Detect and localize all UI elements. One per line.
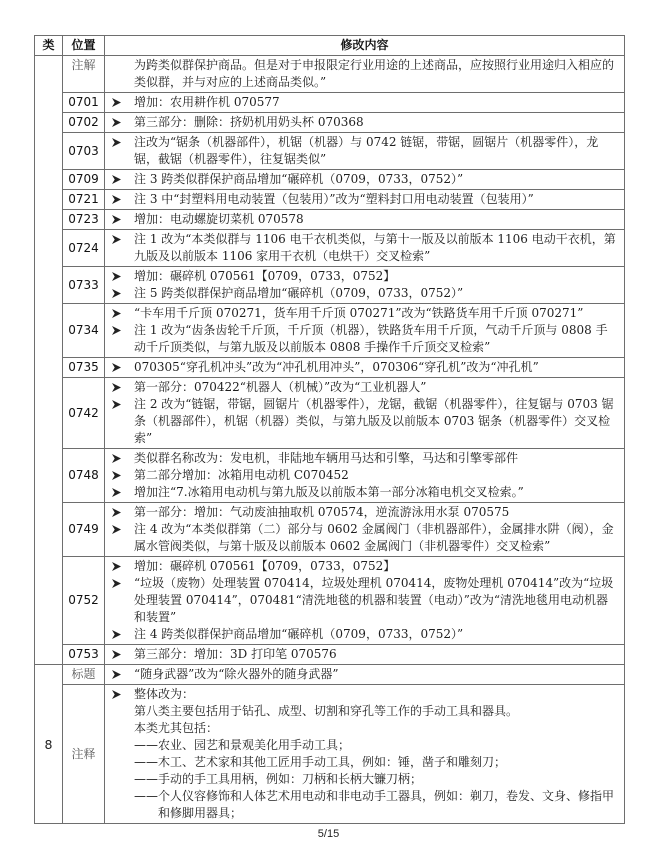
arrowhead-bullet-icon <box>105 359 134 376</box>
arrowhead-bullet-icon <box>105 396 134 413</box>
arrowhead-bullet-icon <box>105 211 134 228</box>
list-item: 注 4 改为“本类似群第（二）部分与 0602 金属阀门（非机器部件），金属排水… <box>105 521 618 555</box>
position-cell: 0701 <box>63 93 105 113</box>
item-text: 第三部分：删除：挤奶机用奶头杯 070368 <box>134 114 618 131</box>
class-cell-7 <box>35 56 63 665</box>
item-text: 注 1 改为“本类似群与 1106 电干衣机类似，与第十一版及以前版本 1106… <box>134 231 618 265</box>
table-row: 0703 注改为“锯条（机器部件），机锯（机器）与 0742 链锯，带锯，圆锯片… <box>35 133 625 170</box>
position-cell: 0702 <box>63 113 105 133</box>
content-cell: 第三部分：删除：挤奶机用奶头杯 070368 <box>105 113 625 133</box>
item-text: 注改为“锯条（机器部件），机锯（机器）与 0742 链锯，带锯，圆锯片（机器零件… <box>134 134 618 168</box>
item-text: 增加：电动螺旋切菜机 070578 <box>134 211 618 228</box>
item-text: 整体改为： <box>134 686 618 703</box>
position-cell: 注解 <box>63 56 105 93</box>
position-cell: 0709 <box>63 170 105 190</box>
content-cell: 类似群名称改为：发电机，非陆地车辆用马达和引擎，马达和引擎零部件 第二部分增加：… <box>105 449 625 503</box>
table-row: 0753 第三部分：增加：3D 打印笔 070576 <box>35 645 625 665</box>
content-cell: 注改为“锯条（机器部件），机锯（机器）与 0742 链锯，带锯，圆锯片（机器零件… <box>105 133 625 170</box>
position-cell-title: 标题 <box>63 665 105 685</box>
item-text: 第一部分：增加：气动废油抽取机 070574，逆流游泳用水泵 070575 <box>134 504 618 521</box>
table-row: 0709 注 3 跨类似群保护商品增加“碾碎机（0709，0733，0752）” <box>35 170 625 190</box>
dash-item-text: 木工、艺术家和其他工匠用手动工具，例如：锤，凿子和雕刻刀； <box>158 754 618 771</box>
arrowhead-bullet-icon <box>105 285 134 302</box>
item-text: “卡车用千斤顶 070271，货车用千斤顶 070271”改为“铁路货车用千斤顶… <box>134 305 618 322</box>
list-item: 第三部分：删除：挤奶机用奶头杯 070368 <box>105 114 618 131</box>
position-cell: 0703 <box>63 133 105 170</box>
list-item: 注 2 改为“链锯，带锯，圆锯片（机器零件），龙锯，截锯（机器零件），往复锯与 … <box>105 396 618 447</box>
list-item: 整体改为： <box>105 686 618 703</box>
content-cell: 增加：碾碎机 070561【0709，0733，0752】 注 5 跨类似群保护… <box>105 267 625 304</box>
position-cell: 0742 <box>63 378 105 449</box>
table-row: 0735 070305“穿孔机冲头”改为“冲孔机用冲头”，070306“穿孔机”… <box>35 358 625 378</box>
content-cell: 增加：电动螺旋切菜机 070578 <box>105 210 625 230</box>
item-text: 增加：碾碎机 070561【0709，0733，0752】 <box>134 268 618 285</box>
arrowhead-bullet-icon <box>105 191 134 208</box>
arrowhead-bullet-icon <box>105 134 134 151</box>
arrowhead-bullet-icon <box>105 521 134 538</box>
item-text: 增加：农用耕作机 070577 <box>134 94 618 111</box>
table-row: 0749 第一部分：增加：气动废油抽取机 070574，逆流游泳用水泵 0705… <box>35 503 625 557</box>
arrowhead-bullet-icon <box>105 379 134 396</box>
position-cell: 0721 <box>63 190 105 210</box>
dash-item-text: 个人仪容修饰和人体艺术用电动和非电动手工器具，例如：剃刀，卷发、文身、修指甲和修… <box>158 788 618 822</box>
content-cell: 整体改为： 第八类主要包括用于钻孔、成型、切割和穿孔等工作的手动工具和器具。 本… <box>105 685 625 824</box>
list-item: “卡车用千斤顶 070271，货车用千斤顶 070271”改为“铁路货车用千斤顶… <box>105 305 618 322</box>
list-item: 注 4 跨类似群保护商品增加“碾碎机（0709，0733，0752）” <box>105 626 618 643</box>
dash-marker: —— <box>134 754 158 771</box>
table-row: 0724 注 1 改为“本类似群与 1106 电干衣机类似，与第十一版及以前版本… <box>35 230 625 267</box>
item-text: 第二部分增加：冰箱用电动机 C070452 <box>134 467 618 484</box>
item-text: 注 2 改为“链锯，带锯，圆锯片（机器零件），龙锯，截锯（机器零件），往复锯与 … <box>134 396 618 447</box>
position-cell: 0735 <box>63 358 105 378</box>
table-row: 0701 增加：农用耕作机 070577 <box>35 93 625 113</box>
position-cell: 0734 <box>63 304 105 358</box>
table-row: 0723 增加：电动螺旋切菜机 070578 <box>35 210 625 230</box>
item-text: 第一部分：070422“机器人（机械）”改为“工业机器人” <box>134 379 618 396</box>
list-item: 第三部分：增加：3D 打印笔 070576 <box>105 646 618 663</box>
item-text: 注 3 中“封塑料用电动装置（包装用）”改为“塑料封口用电动装置（包装用）” <box>134 191 618 208</box>
list-item: 070305“穿孔机冲头”改为“冲孔机用冲头”，070306“穿孔机”改为“冲孔… <box>105 359 618 376</box>
header-class: 类 <box>35 36 63 56</box>
position-cell: 0724 <box>63 230 105 267</box>
arrowhead-bullet-icon <box>105 646 134 663</box>
item-text: 注 4 跨类似群保护商品增加“碾碎机（0709，0733，0752）” <box>134 626 618 643</box>
list-item: 增加注“7.冰箱用电动机与第九版及以前版本第一部分冰箱电机交叉检索。” <box>105 484 618 501</box>
dash-marker: —— <box>134 788 158 822</box>
page-number: 5/15 <box>0 828 657 840</box>
list-item: “垃圾（废物）处理装置 070414，垃圾处理机 070414，废物处理机 07… <box>105 575 618 626</box>
arrowhead-bullet-icon <box>105 575 134 592</box>
table-row: 8 标题 “随身武器”改为“除火器外的随身武器” <box>35 665 625 685</box>
item-text: 增加注“7.冰箱用电动机与第九版及以前版本第一部分冰箱电机交叉检索。” <box>134 484 618 501</box>
position-cell: 0753 <box>63 645 105 665</box>
dash-marker: —— <box>134 771 158 788</box>
table-row: 0702 第三部分：删除：挤奶机用奶头杯 070368 <box>35 113 625 133</box>
list-item: 第二部分增加：冰箱用电动机 C070452 <box>105 467 618 484</box>
note-paragraph: 本类尤其包括： <box>105 720 618 737</box>
dash-item-text: 农业、园艺和景观美化用手动工具； <box>158 737 618 754</box>
content-cell: 注 3 跨类似群保护商品增加“碾碎机（0709，0733，0752）” <box>105 170 625 190</box>
list-item: 增加：碾碎机 070561【0709，0733，0752】 <box>105 558 618 575</box>
dash-item: ——木工、艺术家和其他工匠用手动工具，例如：锤，凿子和雕刻刀； <box>105 754 618 771</box>
arrowhead-bullet-icon <box>105 558 134 575</box>
table-row: 0748 类似群名称改为：发电机，非陆地车辆用马达和引擎，马达和引擎零部件 第二… <box>35 449 625 503</box>
list-item: 增加：电动螺旋切菜机 070578 <box>105 211 618 228</box>
list-item: 第一部分：增加：气动废油抽取机 070574，逆流游泳用水泵 070575 <box>105 504 618 521</box>
position-cell: 0748 <box>63 449 105 503</box>
position-cell: 0723 <box>63 210 105 230</box>
list-item: 注 3 中“封塑料用电动装置（包装用）”改为“塑料封口用电动装置（包装用）” <box>105 191 618 208</box>
dash-item-text: 手动的手工具用柄，例如：刀柄和长柄大镰刀柄； <box>158 771 618 788</box>
content-cell: “卡车用千斤顶 070271，货车用千斤顶 070271”改为“铁路货车用千斤顶… <box>105 304 625 358</box>
arrowhead-bullet-icon <box>105 322 134 339</box>
item-text: 第三部分：增加：3D 打印笔 070576 <box>134 646 618 663</box>
table-row: 注释 整体改为： 第八类主要包括用于钻孔、成型、切割和穿孔等工作的手动工具和器具… <box>35 685 625 824</box>
arrowhead-bullet-icon <box>105 268 134 285</box>
list-item: 增加：碾碎机 070561【0709，0733，0752】 <box>105 268 618 285</box>
note-text: 为跨类似群保护商品。但是对于申报限定行业用途的上述商品，应按照行业用途归入相应的… <box>105 57 618 91</box>
arrowhead-bullet-icon <box>105 94 134 111</box>
dash-item: ——农业、园艺和景观美化用手动工具； <box>105 737 618 754</box>
arrowhead-bullet-icon <box>105 467 134 484</box>
item-text: 注 1 改为“齿条齿轮千斤顶，千斤顶（机器），铁路货车用千斤顶，气动千斤顶与 0… <box>134 322 618 356</box>
dash-item: ——手动的手工具用柄，例如：刀柄和长柄大镰刀柄； <box>105 771 618 788</box>
list-item: 注 3 跨类似群保护商品增加“碾碎机（0709，0733，0752）” <box>105 171 618 188</box>
table-row: 注解 为跨类似群保护商品。但是对于申报限定行业用途的上述商品，应按照行业用途归入… <box>35 56 625 93</box>
dash-marker: —— <box>134 737 158 754</box>
content-cell: 第一部分：增加：气动废油抽取机 070574，逆流游泳用水泵 070575 注 … <box>105 503 625 557</box>
list-item: 增加：农用耕作机 070577 <box>105 94 618 111</box>
item-text: “随身武器”改为“除火器外的随身武器” <box>134 666 618 683</box>
content-cell: 为跨类似群保护商品。但是对于申报限定行业用途的上述商品，应按照行业用途归入相应的… <box>105 56 625 93</box>
list-item: 注 1 改为“本类似群与 1106 电干衣机类似，与第十一版及以前版本 1106… <box>105 231 618 265</box>
position-cell-notes: 注释 <box>63 685 105 824</box>
header-position: 位置 <box>63 36 105 56</box>
item-text: 增加：碾碎机 070561【0709，0733，0752】 <box>134 558 618 575</box>
content-cell: 增加：农用耕作机 070577 <box>105 93 625 113</box>
arrowhead-bullet-icon <box>105 450 134 467</box>
content-cell: 第一部分：070422“机器人（机械）”改为“工业机器人” 注 2 改为“链锯，… <box>105 378 625 449</box>
table-row: 0734 “卡车用千斤顶 070271，货车用千斤顶 070271”改为“铁路货… <box>35 304 625 358</box>
note-paragraph: 第八类主要包括用于钻孔、成型、切割和穿孔等工作的手动工具和器具。 <box>105 703 618 720</box>
item-text: 注 3 跨类似群保护商品增加“碾碎机（0709，0733，0752）” <box>134 171 618 188</box>
position-cell: 0733 <box>63 267 105 304</box>
arrowhead-bullet-icon <box>105 305 134 322</box>
content-cell: 增加：碾碎机 070561【0709，0733，0752】 “垃圾（废物）处理装… <box>105 557 625 645</box>
table-row: 0752 增加：碾碎机 070561【0709，0733，0752】 “垃圾（废… <box>35 557 625 645</box>
arrowhead-bullet-icon <box>105 666 134 683</box>
item-text: 注 5 跨类似群保护商品增加“碾碎机（0709，0733，0752）” <box>134 285 618 302</box>
table-header-row: 类 位置 修改内容 <box>35 36 625 56</box>
arrowhead-bullet-icon <box>105 114 134 131</box>
dash-item: ——个人仪容修饰和人体艺术用电动和非电动手工器具，例如：剃刀，卷发、文身、修指甲… <box>105 788 618 822</box>
list-item: 注 5 跨类似群保护商品增加“碾碎机（0709，0733，0752）” <box>105 285 618 302</box>
arrowhead-bullet-icon <box>105 686 134 703</box>
content-cell: 注 3 中“封塑料用电动装置（包装用）”改为“塑料封口用电动装置（包装用）” <box>105 190 625 210</box>
item-text: 070305“穿孔机冲头”改为“冲孔机用冲头”，070306“穿孔机”改为“冲孔… <box>134 359 618 376</box>
arrowhead-bullet-icon <box>105 504 134 521</box>
content-cell: 070305“穿孔机冲头”改为“冲孔机用冲头”，070306“穿孔机”改为“冲孔… <box>105 358 625 378</box>
header-content: 修改内容 <box>105 36 625 56</box>
list-item: “随身武器”改为“除火器外的随身武器” <box>105 666 618 683</box>
arrowhead-bullet-icon <box>105 171 134 188</box>
list-item: 第一部分：070422“机器人（机械）”改为“工业机器人” <box>105 379 618 396</box>
class-cell-8: 8 <box>35 665 63 824</box>
table-row: 0742 第一部分：070422“机器人（机械）”改为“工业机器人” 注 2 改… <box>35 378 625 449</box>
list-item: 注改为“锯条（机器部件），机锯（机器）与 0742 链锯，带锯，圆锯片（机器零件… <box>105 134 618 168</box>
position-cell: 0752 <box>63 557 105 645</box>
list-item: 类似群名称改为：发电机，非陆地车辆用马达和引擎，马达和引擎零部件 <box>105 450 618 467</box>
item-text: 注 4 改为“本类似群第（二）部分与 0602 金属阀门（非机器部件），金属排水… <box>134 521 618 555</box>
arrowhead-bullet-icon <box>105 626 134 643</box>
arrowhead-bullet-icon <box>105 231 134 248</box>
content-cell: 注 1 改为“本类似群与 1106 电干衣机类似，与第十一版及以前版本 1106… <box>105 230 625 267</box>
position-cell: 0749 <box>63 503 105 557</box>
content-cell: 第三部分：增加：3D 打印笔 070576 <box>105 645 625 665</box>
amendment-table: 类 位置 修改内容 注解 为跨类似群保护商品。但是对于申报限定行业用途的上述商品… <box>34 35 625 824</box>
table-row: 0721 注 3 中“封塑料用电动装置（包装用）”改为“塑料封口用电动装置（包装… <box>35 190 625 210</box>
item-text: 类似群名称改为：发电机，非陆地车辆用马达和引擎，马达和引擎零部件 <box>134 450 618 467</box>
list-item: 注 1 改为“齿条齿轮千斤顶，千斤顶（机器），铁路货车用千斤顶，气动千斤顶与 0… <box>105 322 618 356</box>
item-text: “垃圾（废物）处理装置 070414，垃圾处理机 070414，废物处理机 07… <box>134 575 618 626</box>
arrowhead-bullet-icon <box>105 484 134 501</box>
table-row: 0733 增加：碾碎机 070561【0709，0733，0752】 注 5 跨… <box>35 267 625 304</box>
content-cell: “随身武器”改为“除火器外的随身武器” <box>105 665 625 685</box>
